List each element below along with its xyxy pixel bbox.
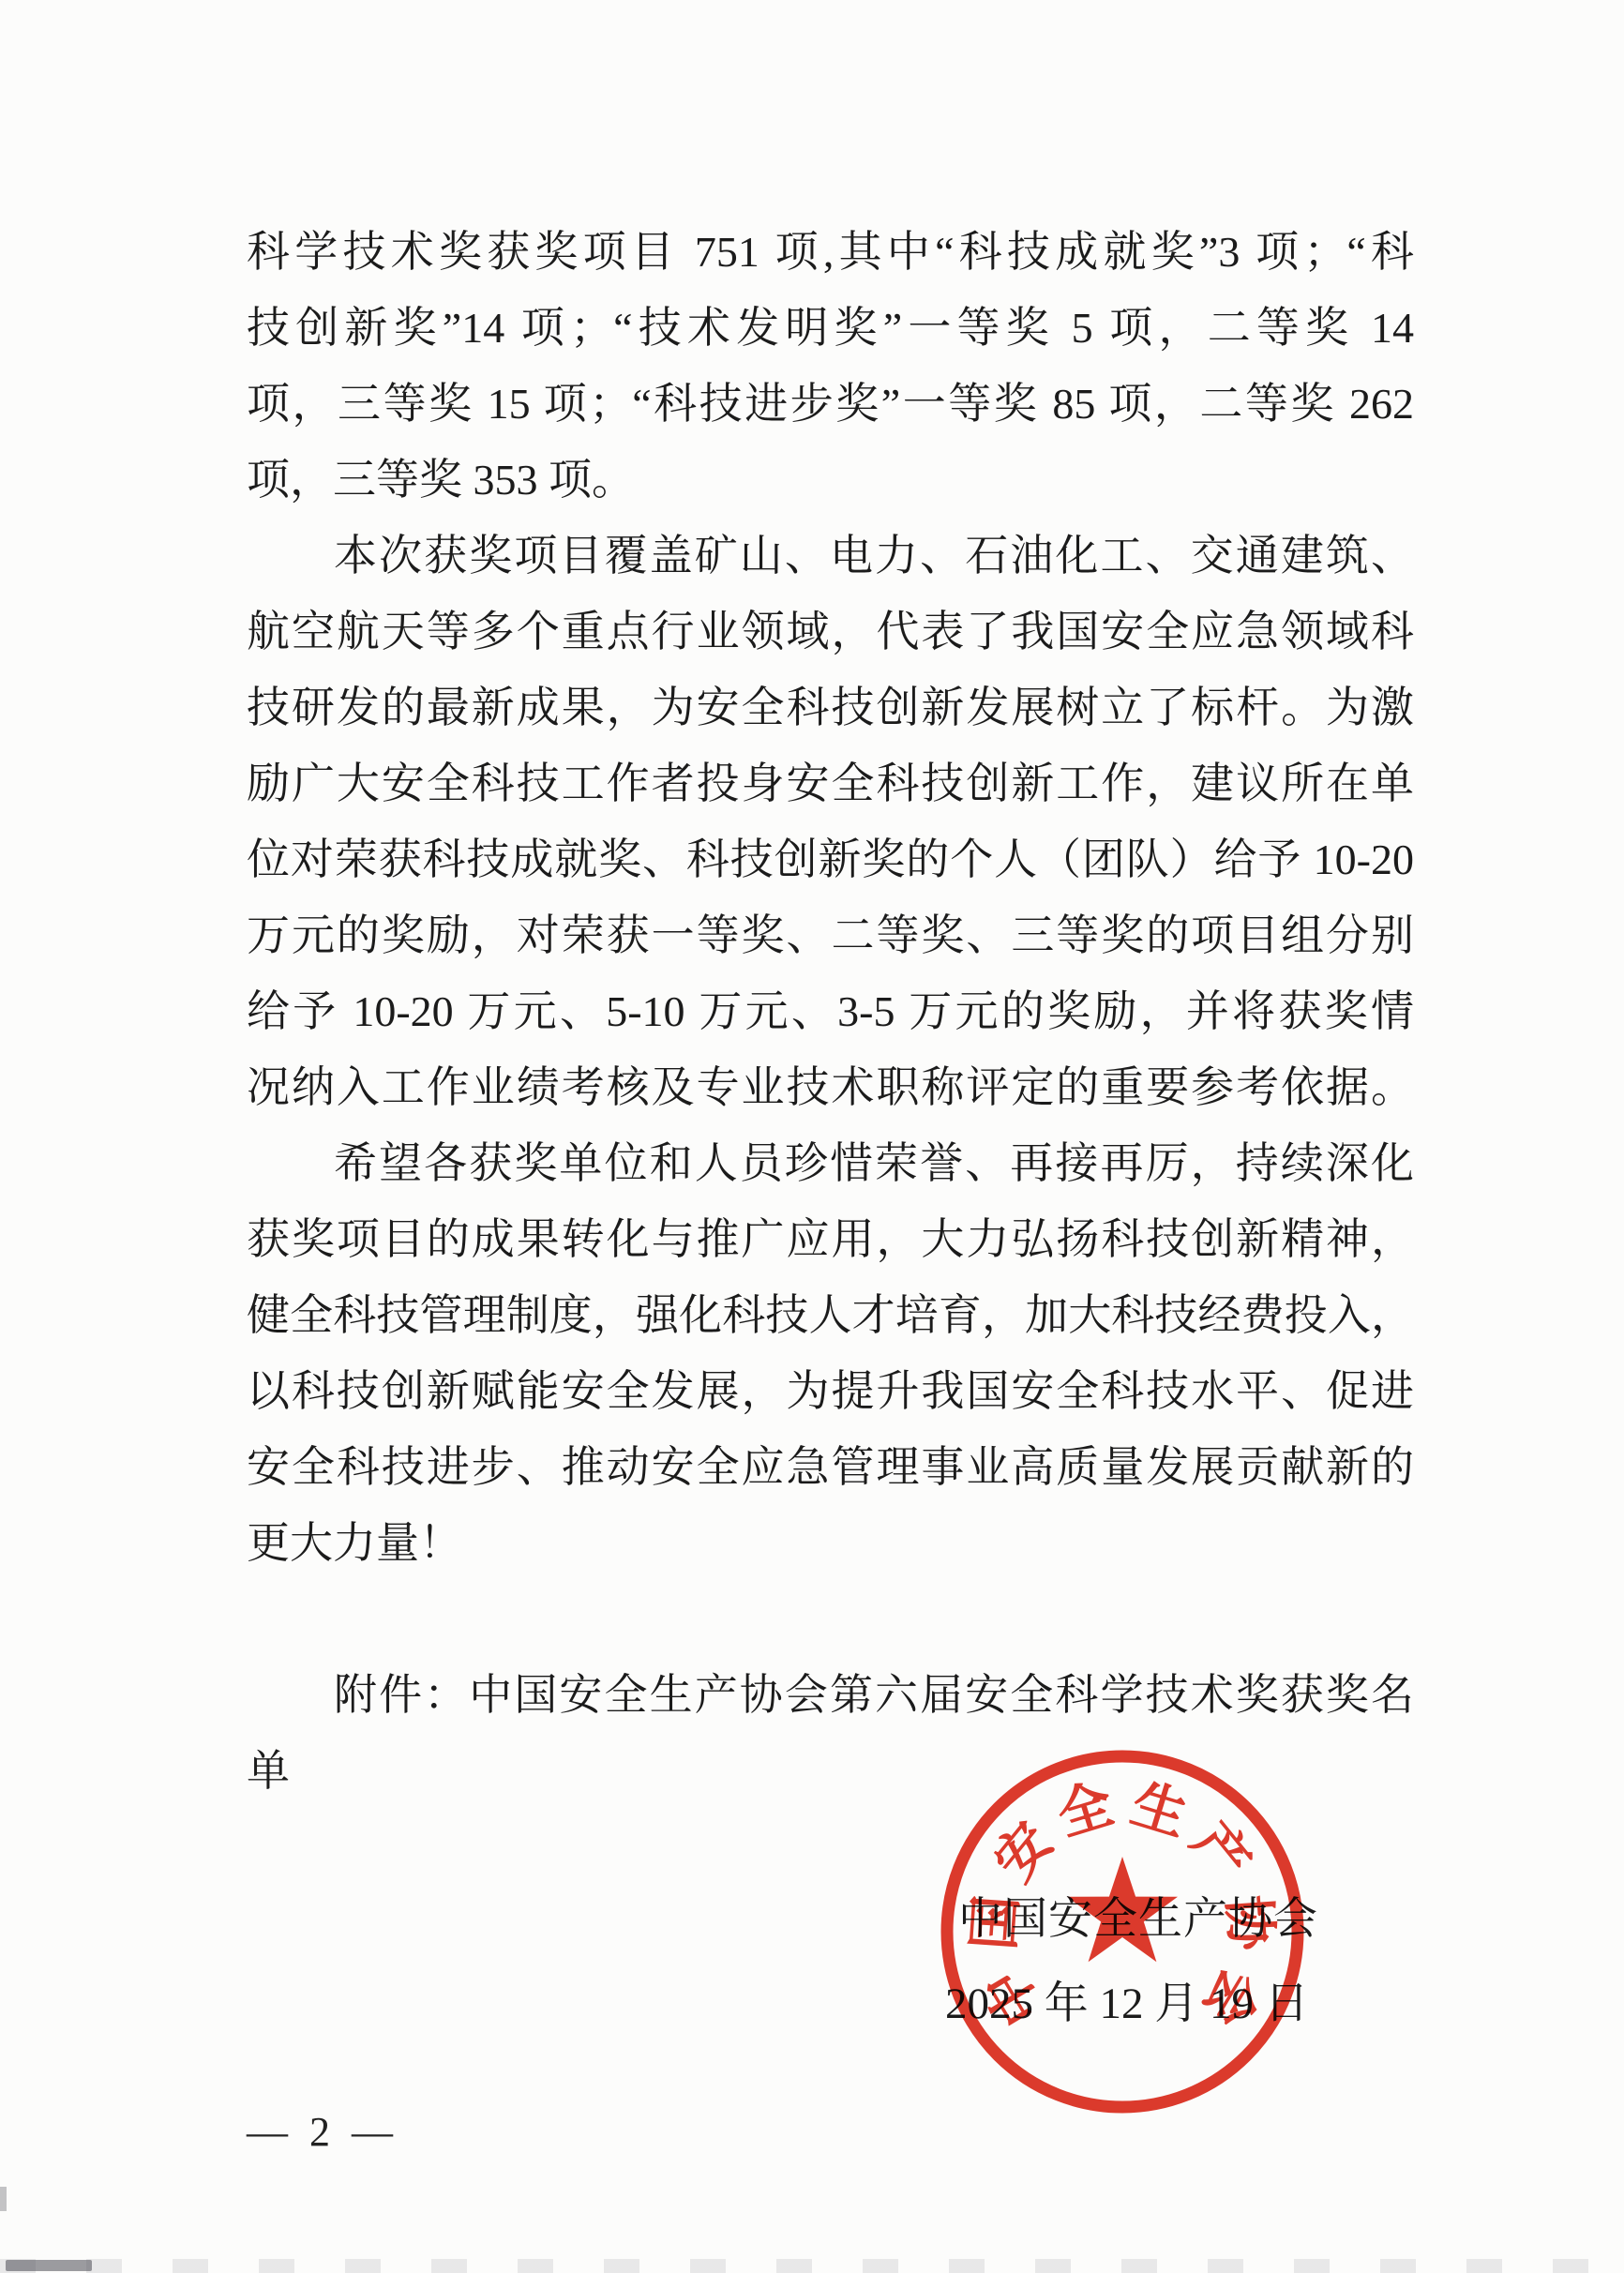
document-line: 项，三等奖 353 项。 bbox=[247, 442, 1414, 518]
scan-artifact-blob bbox=[6, 2260, 92, 2271]
seal-text-char: 产 bbox=[1180, 1812, 1262, 1892]
document-line: 航空航天等多个重点行业领域，代表了我国安全应急领域科 bbox=[247, 594, 1414, 670]
document-line bbox=[247, 1581, 1414, 1657]
document-line: 位对荣获科技成就奖、科技创新奖的个人（团队）给予 10-20 bbox=[247, 821, 1414, 897]
signature-org: 中国安全生产协会 bbox=[958, 1892, 1318, 1947]
scan-artifact-left-tick bbox=[0, 2187, 7, 2211]
seal-text-char: 安 bbox=[983, 1812, 1064, 1892]
document-line: 希望各获奖单位和人员珍惜荣誉、再接再厉，持续深化 bbox=[247, 1125, 1414, 1201]
document-line: 技研发的最新成果，为安全科技创新发展树立了标杆。为激 bbox=[247, 670, 1414, 745]
scan-artifact-bottom-strip bbox=[0, 2259, 1624, 2273]
document-line: 本次获奖项目覆盖矿山、电力、石油化工、交通建筑、 bbox=[247, 518, 1414, 594]
page-number: — 2 — bbox=[247, 2108, 398, 2156]
signature-date: 2025 年 12 月 19 日 bbox=[945, 1977, 1309, 2031]
document-page: 科学技术奖获奖项目 751 项,其中“科技成就奖”3 项；“科技创新奖”14 项… bbox=[0, 0, 1624, 2273]
document-line: 给予 10-20 万元、5-10 万元、3-5 万元的奖励，并将获奖情 bbox=[247, 973, 1414, 1049]
document-lines: 科学技术奖获奖项目 751 项,其中“科技成就奖”3 项；“科技创新奖”14 项… bbox=[247, 214, 1414, 1809]
document-line: 以科技创新赋能安全发展，为提升我国安全科技水平、促进 bbox=[247, 1353, 1414, 1429]
document-line: 技创新奖”14 项；“技术发明奖”一等奖 5 项，二等奖 14 bbox=[247, 290, 1414, 366]
document-line: 万元的奖励，对荣获一等奖、二等奖、三等奖的项目组分别 bbox=[247, 897, 1414, 973]
document-line: 安全科技进步、推动安全应急管理事业高质量发展贡献新的 bbox=[247, 1429, 1414, 1505]
document-line: 健全科技管理制度，强化科技人才培育，加大科技经费投入， bbox=[247, 1277, 1414, 1353]
document-line: 励广大安全科技工作者投身安全科技创新工作，建议所在单 bbox=[247, 745, 1414, 821]
document-line: 单 bbox=[247, 1733, 1414, 1809]
document-line: 获奖项目的成果转化与推广应用，大力弘扬科技创新精神， bbox=[247, 1201, 1414, 1277]
document-line: 科学技术奖获奖项目 751 项,其中“科技成就奖”3 项；“科 bbox=[247, 214, 1414, 290]
document-line: 更大力量！ bbox=[247, 1505, 1414, 1581]
document-line: 况纳入工作业绩考核及专业技术职称评定的重要参考依据。 bbox=[247, 1049, 1414, 1125]
document-line: 项，三等奖 15 项；“科技进步奖”一等奖 85 项，二等奖 262 bbox=[247, 366, 1414, 442]
document-line: 附件：中国安全生产协会第六届安全科学技术奖获奖名 bbox=[247, 1657, 1414, 1733]
